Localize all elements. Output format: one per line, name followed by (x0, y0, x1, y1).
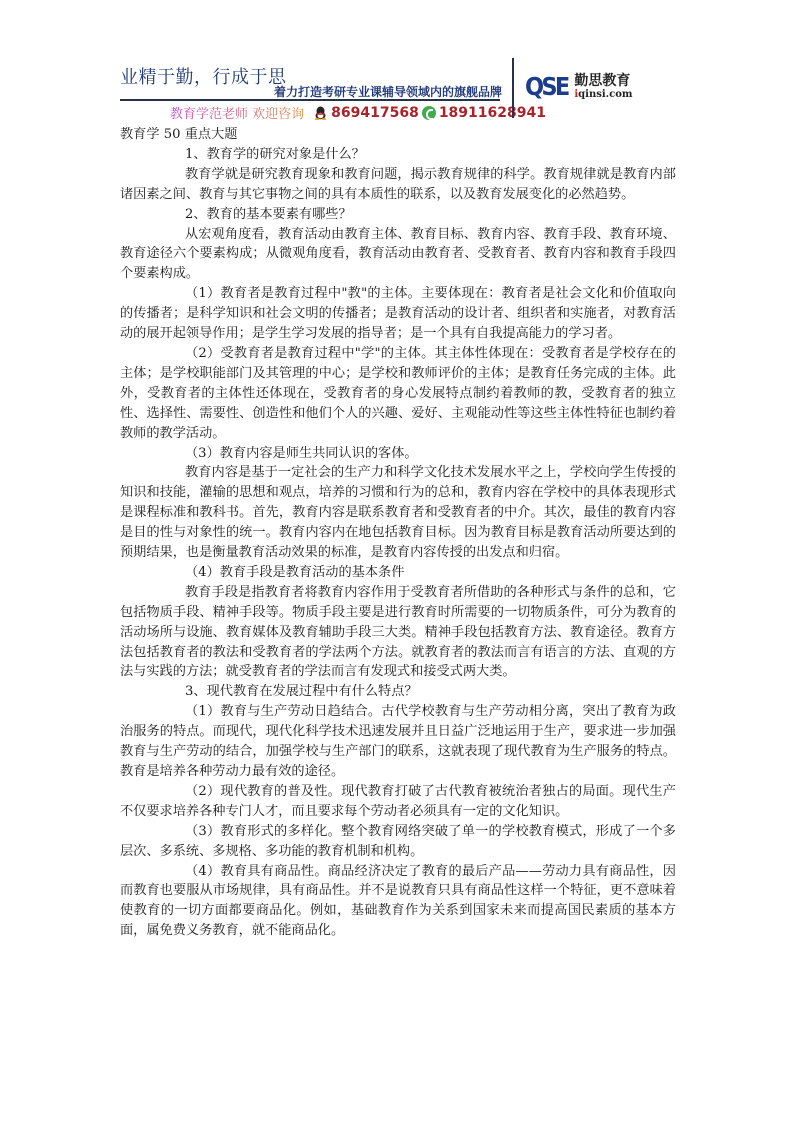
slogan: 业精于勤，行成于思 (120, 63, 287, 89)
question-heading: 1、教育学的研究对象是什么？ (120, 145, 676, 165)
paragraph: （4）教育具有商品性。商品经济决定了教育的最后产品——劳动力具有商品性，因而教育… (120, 862, 676, 942)
header-divider (512, 58, 514, 118)
paragraph: （2）受教育者是教育过程中"学"的主体。其主体性体现在：受教育者是学校存在的主体… (120, 344, 676, 444)
document-title: 教育学 50 重点大题 (120, 125, 676, 145)
paragraph: （1）教育者是教育过程中"教"的主体。主要体现在：教育者是社会文化和价值取向的传… (120, 284, 676, 344)
document-body: 教育学 50 重点大题 1、教育学的研究对象是什么？ 教育学就是研究教育现象和教… (120, 125, 676, 941)
header-rule (120, 99, 500, 101)
paragraph: （1）教育与生产劳动日趋结合。古代学校教育与生产劳动相分离，突出了教育为政治服务… (120, 702, 676, 782)
paragraph: 教育内容是基于一定社会的生产力和科学文化技术发展水平之上，学校向学生传授的知识和… (120, 463, 676, 563)
consult-invite: 教育学范老师 欢迎咨询 (170, 103, 304, 122)
paragraph: （3）教育内容是师生共同认识的客体。 (120, 444, 676, 464)
page-header: 业精于勤，行成于思 着力打造考研专业课辅导领域内的旗舰品牌 教育学范老师 欢迎咨… (0, 0, 793, 125)
question-heading: 3、现代教育在发展过程中有什么特点？ (120, 682, 676, 702)
question-heading: 2、教育的基本要素有哪些？ (120, 205, 676, 225)
paragraph: 教育手段是指教育者将教育内容作用于受教育者所借助的各种形式与条件的总和，它包括物… (120, 583, 676, 683)
contact-line: 教育学范老师 欢迎咨询 869417568 18911628941 (170, 103, 546, 122)
phone-number: 18911628941 (439, 105, 546, 121)
logo-mark: QSE (525, 72, 568, 101)
qq-number: 869417568 (331, 105, 419, 121)
paragraph: （4）教育手段是教育活动的基本条件 (120, 563, 676, 583)
logo-name: 勤思教育 (574, 74, 632, 88)
qq-penguin-icon (314, 106, 327, 120)
phone-icon (422, 106, 436, 120)
logo-url: iqinsi.com (574, 90, 632, 100)
paragraph: （3）教育形式的多样化。整个教育网络突破了单一的学校教育模式，形成了一个多层次、… (120, 822, 676, 862)
tagline: 着力打造考研专业课辅导领域内的旗舰品牌 (274, 83, 502, 100)
paragraph: 教育学就是研究教育现象和教育问题，揭示教育规律的科学。教育规律就是教育内部诸因素… (120, 165, 676, 205)
paragraph: （2）现代教育的普及性。现代教育打破了古代教育被统治者独占的局面。现代生产不仅要… (120, 782, 676, 822)
paragraph: 从宏观角度看，教育活动由教育主体、教育目标、教育内容、教育手段、教育环境、教育途… (120, 225, 676, 285)
brand-logo: QSE 勤思教育 iqinsi.com (525, 72, 632, 101)
